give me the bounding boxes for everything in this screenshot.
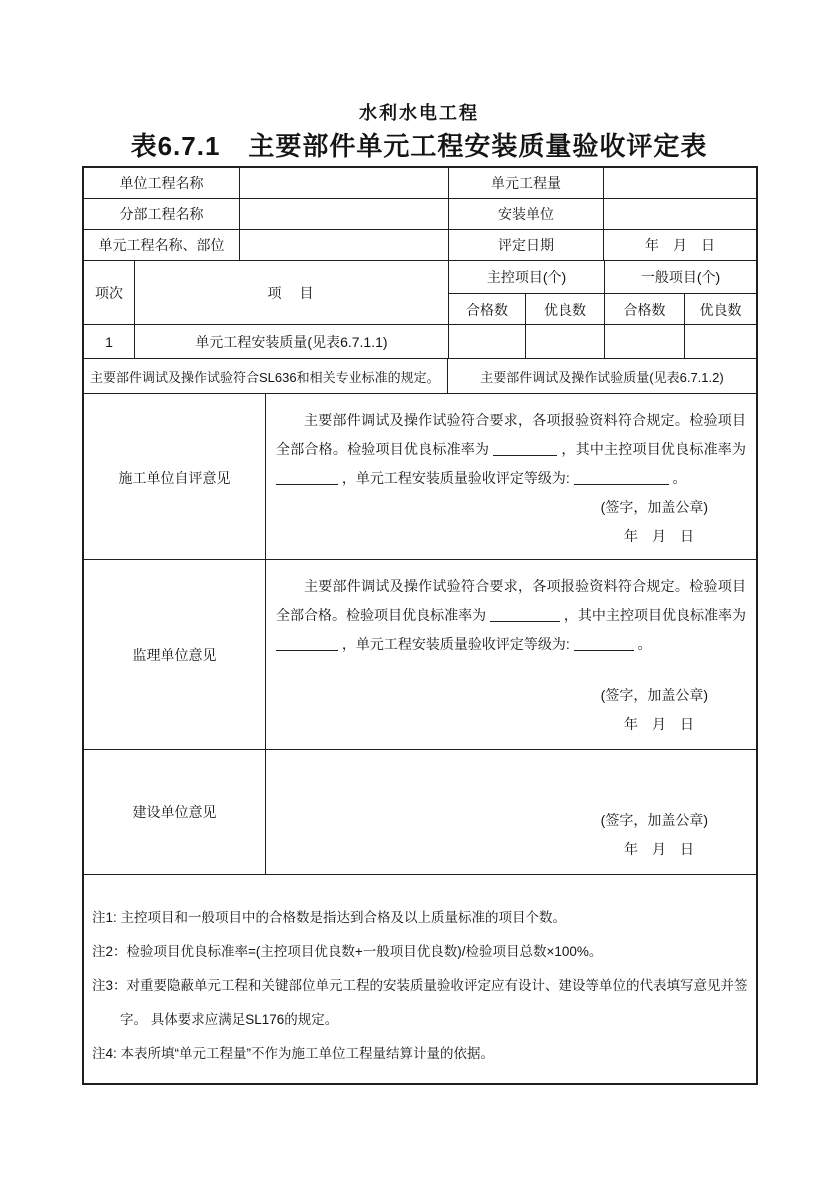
main-qualified-count-cell xyxy=(448,325,525,358)
main-excellent-count-cell xyxy=(525,325,604,358)
owner-opinion-content: (签字，加盖公章) 年 月 日 xyxy=(265,750,756,874)
document-category-title: 水利水电工程 xyxy=(0,99,838,125)
general-excellent-count-cell xyxy=(684,325,756,358)
document-page: 水利水电工程 表6.7.1主要部件单元工程安装质量验收评定表 单位工程名称 单元… xyxy=(0,0,838,1186)
owner-signature-note: (签字，加盖公章) xyxy=(276,806,746,835)
owner-opinion-row: 建设单位意见 (签字，加盖公章) 年 月 日 xyxy=(84,750,756,875)
owner-opinion-text xyxy=(276,762,746,806)
note-line-2: 注2：检验项目优良标准率=(主控项目优良数+一般项目优良数)/检验项目总数×10… xyxy=(92,935,746,969)
contractor-signature-note: (签字，加盖公章) xyxy=(276,493,746,522)
supervisor-signature-note: (签字，加盖公章) xyxy=(276,681,746,710)
general-excellent-count-header: 优良数 xyxy=(684,293,756,325)
blank-underline xyxy=(490,607,560,622)
contractor-date-line: 年 月 日 xyxy=(276,522,746,551)
owner-date-line: 年 月 日 xyxy=(276,835,746,864)
blank-underline xyxy=(574,636,634,651)
supervisor-opinion-text: 主要部件调试及操作试验符合要求，各项报验资料符合规定。检验项目全部合格。检验项目… xyxy=(276,572,746,681)
blank-underline xyxy=(574,470,669,485)
division-project-name-value xyxy=(239,199,448,229)
table-row-unit-part: 单元工程名称、部位 评定日期 年 月 日 xyxy=(84,230,756,261)
division-project-name-label: 分部工程名称 xyxy=(84,199,239,229)
blank-underline xyxy=(493,441,557,456)
contractor-opinion-row: 施工单位自评意见 主要部件调试及操作试验符合要求，各项报验资料符合规定。检验项目… xyxy=(84,394,756,560)
installation-unit-value xyxy=(603,199,756,229)
general-qualified-count-cell xyxy=(604,325,684,358)
evaluation-date-label: 评定日期 xyxy=(448,230,603,260)
table-number: 表6.7.1 xyxy=(131,131,221,161)
table-row-division-project: 分部工程名称 安装单位 xyxy=(84,199,756,230)
note-line-1: 注1: 主控项目和一般项目中的合格数是指达到合格及以上质量标准的项目个数。 xyxy=(92,901,746,935)
supervisor-opinion-content: 主要部件调试及操作试验符合要求，各项报验资料符合规定。检验项目全部合格。检验项目… xyxy=(265,560,756,749)
main-excellent-count-header: 优良数 xyxy=(525,293,604,325)
unit-project-quantity-value xyxy=(603,168,756,198)
unit-project-part-label: 单元工程名称、部位 xyxy=(84,230,239,260)
main-control-items-header: 主控项目(个) xyxy=(448,261,604,293)
unit-project-name-label: 单位工程名称 xyxy=(84,168,239,198)
note-line-4: 注4: 本表所填“单元工程量”不作为施工单位工程量结算计量的依据。 xyxy=(92,1037,746,1071)
blank-underline xyxy=(276,636,338,651)
note-line-3-continued: 字。 具体要求应满足SL176的规定。 xyxy=(120,1003,746,1037)
general-qualified-count-header: 合格数 xyxy=(604,293,684,325)
contractor-opinion-label: 施工单位自评意见 xyxy=(84,394,265,561)
supervisor-opinion-row: 监理单位意见 主要部件调试及操作试验符合要求，各项报验资料符合规定。检验项目全部… xyxy=(84,560,756,750)
evaluation-date-value: 年 月 日 xyxy=(603,230,756,260)
evaluation-form-table: 单位工程名称 单元工程量 分部工程名称 安装单位 单元工程名称、部位 评定日期 … xyxy=(82,166,758,1085)
note-line-3: 注3：对重要隐蔽单元工程和关键部位单元工程的安装质量验收评定应有设计、建设等单位… xyxy=(92,969,746,1003)
item-index-cell: 1 xyxy=(84,325,134,358)
notes-section: 注1: 主控项目和一般项目中的合格数是指达到合格及以上质量标准的项目个数。 注2… xyxy=(84,875,756,1083)
supervisor-opinion-label: 监理单位意见 xyxy=(84,560,265,749)
table-row-unit-project: 单位工程名称 单元工程量 xyxy=(84,168,756,199)
item-row-1: 1 单元工程安装质量(见表6.7.1.1) xyxy=(84,325,756,359)
item-name-header: 项 目 xyxy=(134,261,448,325)
unit-project-name-value xyxy=(239,168,448,198)
installation-unit-label: 安装单位 xyxy=(448,199,603,229)
items-header-row: 项次 项 目 主控项目(个) 一般项目(个) 合格数 优良数 合格数 优良数 xyxy=(84,261,756,325)
general-items-header: 一般项目(个) xyxy=(604,261,756,293)
item-name-cell: 单元工程安装质量(见表6.7.1.1) xyxy=(134,325,448,358)
unit-project-part-value xyxy=(239,230,448,260)
item-index-header: 项次 xyxy=(84,261,134,325)
owner-opinion-label: 建设单位意见 xyxy=(84,750,265,874)
test-quality-cell: 主要部件调试及操作试验质量(见表6.7.1.2) xyxy=(447,359,756,393)
blank-underline xyxy=(276,470,338,485)
supervisor-date-line: 年 月 日 xyxy=(276,710,746,739)
contractor-opinion-content: 主要部件调试及操作试验符合要求，各项报验资料符合规定。检验项目全部合格。检验项目… xyxy=(265,394,756,561)
main-qualified-count-header: 合格数 xyxy=(448,293,525,325)
unit-project-quantity-label: 单元工程量 xyxy=(448,168,603,198)
page-title: 表6.7.1主要部件单元工程安装质量验收评定表 xyxy=(0,126,838,163)
table-title: 主要部件单元工程安装质量验收评定表 xyxy=(248,131,707,161)
contractor-opinion-text: 主要部件调试及操作试验符合要求，各项报验资料符合规定。检验项目全部合格。检验项目… xyxy=(276,406,746,493)
test-requirement-cell: 主要部件调试及操作试验符合SL636和相关专业标准的规定。 xyxy=(84,359,447,393)
test-requirement-row: 主要部件调试及操作试验符合SL636和相关专业标准的规定。 主要部件调试及操作试… xyxy=(84,359,756,394)
